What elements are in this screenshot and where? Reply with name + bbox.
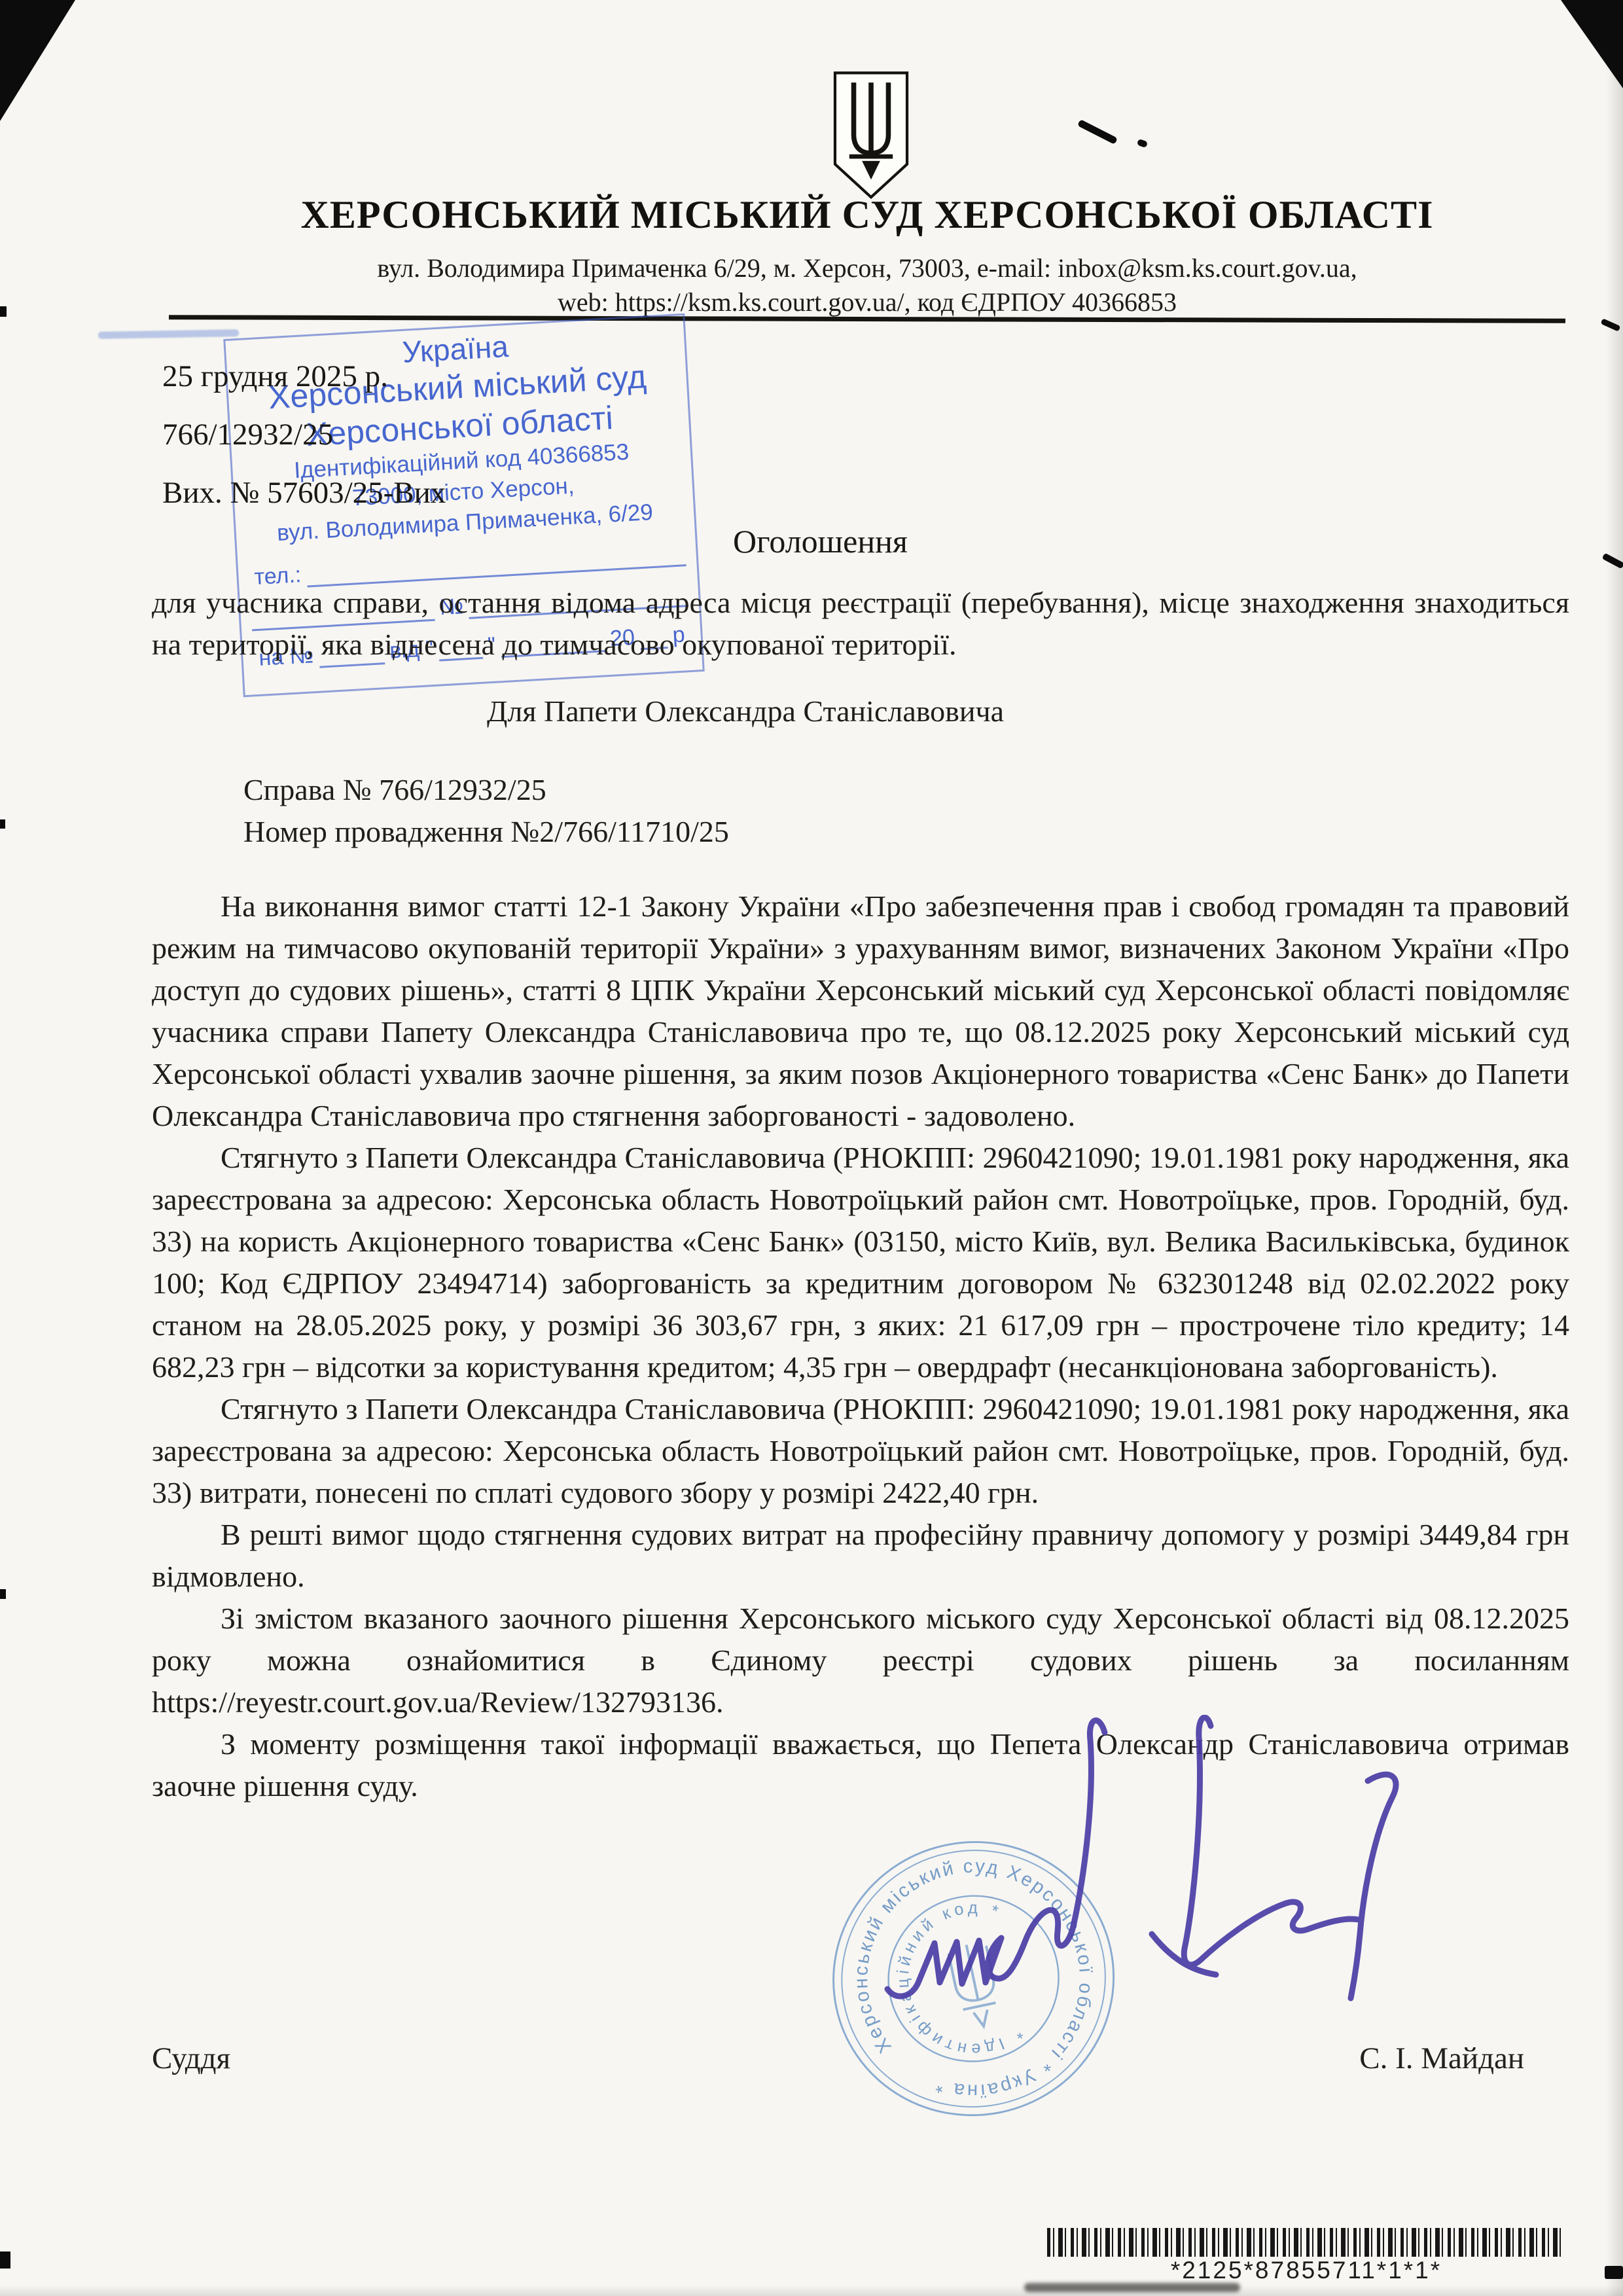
scan-artifact-corner (1605, 2266, 1623, 2279)
judge-name: С. І. Майдан (1359, 2041, 1524, 2076)
scan-artifact-ink-smear (98, 329, 239, 339)
page-title: Оголошення (733, 522, 908, 560)
body-paragraph-2: Стягнуто з Папети Олександра Станіславов… (152, 1137, 1569, 1388)
stamp-blank-line (306, 545, 686, 587)
scan-edge-shadow (1606, 0, 1623, 2296)
body-paragraph-5: Зі змістом вказаного заочного рішення Хе… (152, 1598, 1569, 1723)
barcode-label: *2125*87855711*1*1* (1047, 2257, 1565, 2284)
scan-artifact-corner (1561, 0, 1623, 88)
scan-artifact-mark (0, 819, 5, 829)
scan-edge-shadow (0, 2286, 1623, 2296)
barcode-icon (1047, 2228, 1565, 2257)
case-info-block: Справа № 766/12932/25 Номер провадження … (152, 769, 1569, 853)
court-website-line: web: https://ksm.ks.court.gov.ua/, код Є… (0, 287, 1623, 317)
scan-artifact-mark (0, 1589, 6, 1599)
body-paragraph-4: В решті вимог щодо стягнення судових вит… (152, 1514, 1569, 1598)
outgoing-number: Вих. № 57603/25-Вих (162, 475, 446, 511)
scan-artifact-smudge (1024, 2283, 1240, 2292)
document-body: для учасника справи, остання відома адре… (152, 582, 1569, 1807)
court-name: ХЕРСОНСЬКИЙ МІСЬКИЙ СУД ХЕРСОНСЬКОЇ ОБЛА… (0, 192, 1623, 238)
scanned-court-document: ХЕРСОНСЬКИЙ МІСЬКИЙ СУД ХЕРСОНСЬКОЇ ОБЛА… (0, 0, 1623, 2296)
scan-artifact-mark (0, 306, 7, 317)
proceeding-number-line: Номер провадження №2/766/11710/25 (152, 811, 1569, 853)
coat-of-arms-icon (822, 71, 920, 202)
judge-label: Суддя (152, 2041, 230, 2076)
scan-artifact-corner (0, 2251, 10, 2269)
case-number: 766/12932/25 (162, 417, 446, 452)
body-paragraph-1: На виконання вимог статті 12-1 Закону Ук… (152, 886, 1569, 1137)
addressee-line: Для Папети Олександра Станіславовича (152, 691, 1569, 732)
case-number-line: Справа № 766/12932/25 (152, 769, 1569, 811)
scan-artifact-mark (1077, 119, 1118, 145)
scan-artifact-mark (1137, 139, 1149, 149)
scan-artifact-corner (0, 0, 75, 121)
court-address: вул. Володимира Примаченка 6/29, м. Херс… (0, 253, 1623, 283)
intro-paragraph: для учасника справи, остання відома адре… (152, 582, 1569, 666)
judge-signature (844, 1715, 1446, 2029)
document-date: 25 грудня 2025 р. (162, 359, 446, 394)
body-paragraph-3: Стягнуто з Папети Олександра Станіславов… (152, 1388, 1569, 1514)
reference-block: 25 грудня 2025 р. 766/12932/25 Вих. № 57… (162, 359, 446, 533)
